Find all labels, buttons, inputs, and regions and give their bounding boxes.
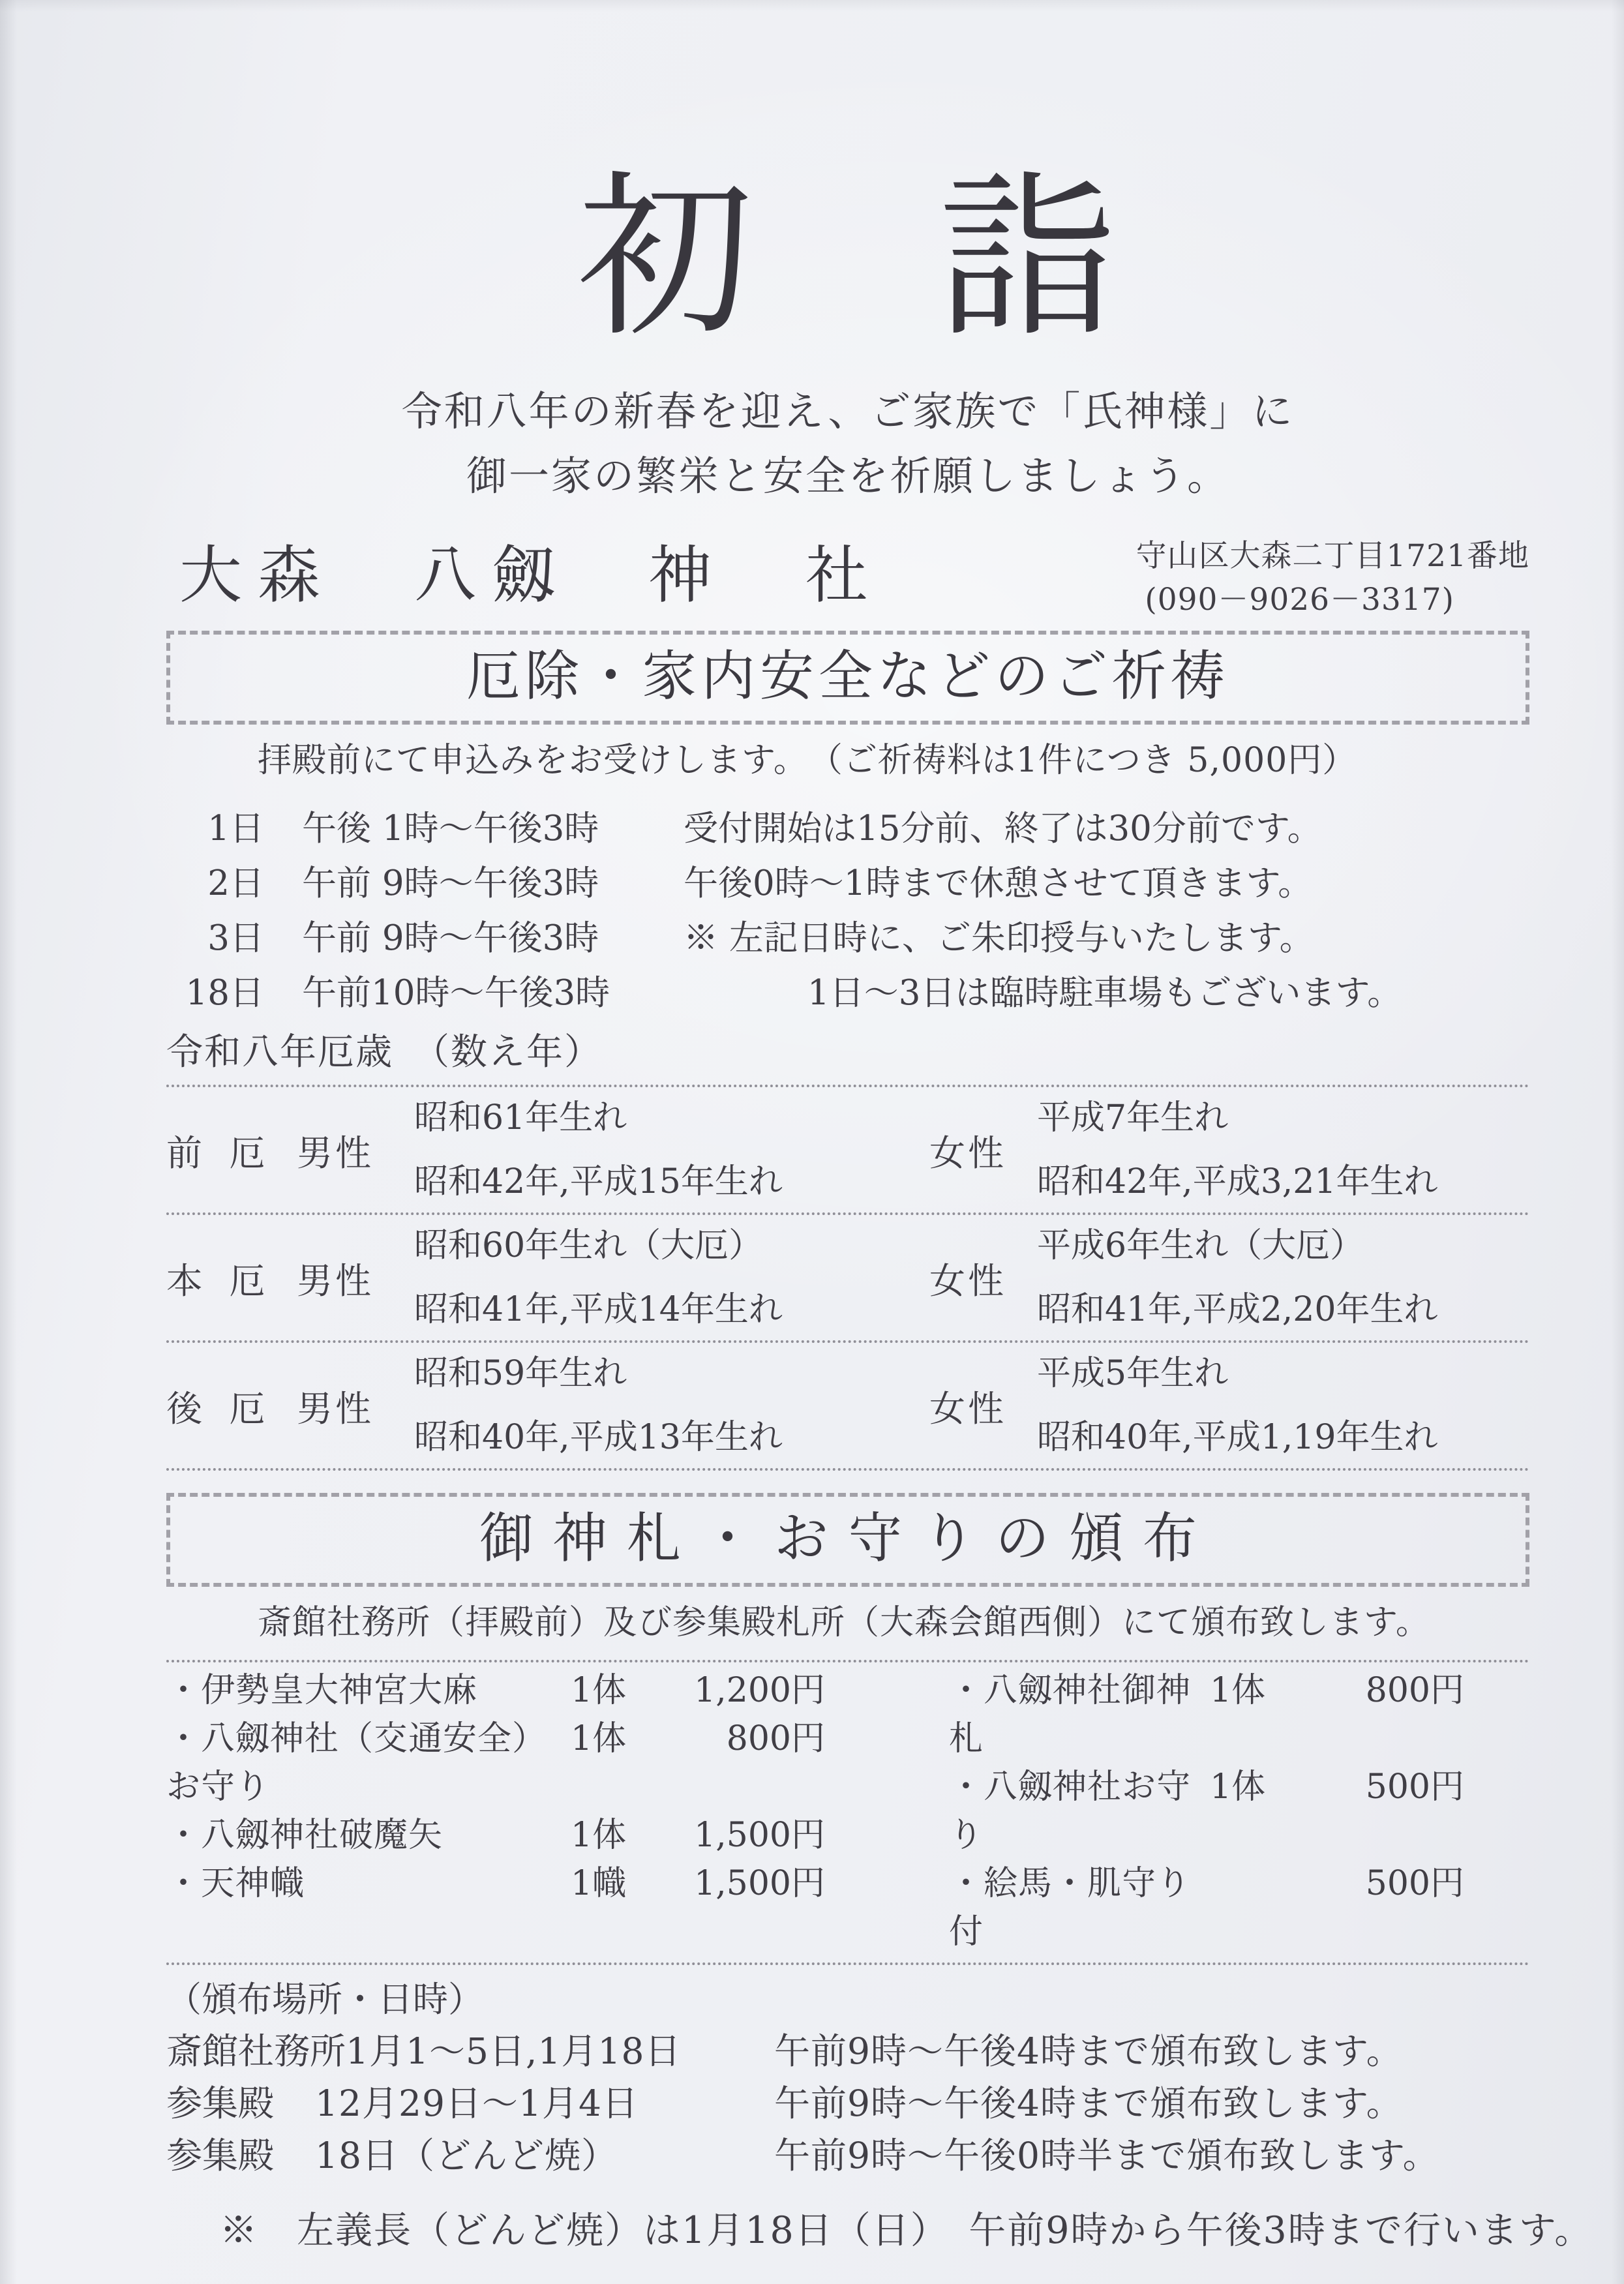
- schedule-note: 1日～3日は臨時駐車場もございます。: [684, 966, 1402, 1021]
- yakudoshi-row-honyaku: 本 厄 男性 昭和60年生れ（大厄） 昭和41年,平成14年生れ 女性 平成6年…: [166, 1212, 1529, 1340]
- price-item: ・八劔神社御神札 1体 800円: [949, 1666, 1464, 1763]
- price-item-price: 1,200円: [669, 1666, 825, 1715]
- price-item-price: 800円: [669, 1715, 825, 1811]
- price-item: ・八劔神社（交通安全）お守り 1体 800円: [166, 1715, 825, 1811]
- dotted-divider: [166, 1962, 1529, 1965]
- place-row-head: 斎館社務所 1月1～5日,1月18日: [166, 2025, 774, 2077]
- prayer-intro: 拝殿前にて申込みをお受けします。 （ご祈祷料は1件につき 5,000円）: [258, 740, 1529, 781]
- price-item-price: 800円: [1308, 1666, 1464, 1763]
- price-item-unit: [1210, 1859, 1308, 1956]
- price-item: ・八劔神社破魔矢 1体 1,500円: [166, 1811, 825, 1859]
- yakudoshi-row-label: 本 厄: [166, 1252, 297, 1304]
- male-label: 男性: [297, 1252, 414, 1304]
- price-list-right: ・八劔神社御神札 1体 800円 ・八劔神社お守り 1体 500円 ・絵馬・肌守…: [949, 1666, 1464, 1956]
- price-item-name: ・天神幟: [166, 1859, 571, 1908]
- price-item-name: ・八劔神社（交通安全）お守り: [166, 1715, 571, 1811]
- male-birth-years: 昭和59年生れ 昭和40年,平成13年生れ: [414, 1354, 929, 1457]
- subtitle: 令和八年の新春を迎え、ご家族で「氏神様」に 御一家の繁栄と安全を祈願しましょう。: [166, 379, 1529, 508]
- flyer-content: 初 詣 令和八年の新春を迎え、ご家族で「氏神様」に 御一家の繁栄と安全を祈願しま…: [0, 0, 1624, 2253]
- schedule-row: 18日 午前10時～午後3時 1日～3日は臨時駐車場もございます。: [166, 966, 1529, 1021]
- yakudoshi-row-maeyaku: 前 厄 男性 昭和61年生れ 昭和42年,平成15年生れ 女性 平成7年生れ 昭…: [166, 1085, 1529, 1212]
- place-days: 18日（どんど焼）: [315, 2129, 618, 2182]
- schedule-row: 1日 午後 1時～午後3時 受付開始は15分前、終了は30分前です。: [166, 802, 1529, 856]
- price-item-unit: 1体: [571, 1666, 669, 1715]
- shrine-name: 大森 八劔 神 社: [179, 533, 884, 618]
- male-birth-years-line2: 昭和42年,平成15年生れ: [414, 1162, 929, 1201]
- place-row: 参集殿 18日（どんど焼） 午前9時～午後0時半まで頒布致します。: [166, 2129, 1529, 2182]
- yakudoshi-row-label: 後 厄: [166, 1380, 297, 1432]
- shrine-header-row: 大森 八劔 神 社 守山区大森二丁目1721番地 (090－9026－3317): [166, 533, 1529, 622]
- place-name: 参集殿: [166, 2077, 315, 2129]
- yakudoshi-row-atoyaku: 後 厄 男性 昭和59年生れ 昭和40年,平成13年生れ 女性 平成5年生れ 昭…: [166, 1340, 1529, 1471]
- male-birth-years: 昭和61年生れ 昭和42年,平成15年生れ: [414, 1098, 929, 1201]
- prayer-schedule: 1日 午後 1時～午後3時 受付開始は15分前、終了は30分前です。 2日 午前…: [166, 802, 1529, 1021]
- distribution-places-title: （頒布場所・日時）: [166, 1977, 1529, 2022]
- price-item-name: ・八劔神社御神札: [949, 1666, 1210, 1763]
- female-birth-years-line1: 平成6年生れ（大厄）: [1037, 1226, 1529, 1265]
- price-item: ・絵馬・肌守り付 500円: [949, 1859, 1464, 1956]
- price-item-name: ・八劔神社破魔矢: [166, 1811, 571, 1859]
- distribution-section-header-box: 御神札・お守りの頒布: [166, 1493, 1529, 1587]
- schedule-day: 1日: [166, 802, 264, 856]
- female-birth-years: 平成7年生れ 昭和42年,平成3,21年生れ: [1037, 1098, 1529, 1201]
- schedule-day: 3日: [166, 911, 264, 966]
- place-row: 参集殿 12月29日～1月4日 午前9時～午後4時まで頒布致します。: [166, 2077, 1529, 2129]
- price-item-unit: 1体: [1210, 1666, 1308, 1763]
- place-name: 参集殿: [166, 2129, 315, 2182]
- female-birth-years-line1: 平成5年生れ: [1037, 1354, 1529, 1393]
- place-days: 1月1～5日,1月18日: [346, 2025, 681, 2077]
- price-item: ・伊勢皇大神宮大麻 1体 1,200円: [166, 1666, 825, 1715]
- price-item-name: ・八劔神社お守り: [949, 1763, 1210, 1859]
- yakudoshi-table: 前 厄 男性 昭和61年生れ 昭和42年,平成15年生れ 女性 平成7年生れ 昭…: [166, 1085, 1529, 1471]
- male-birth-years-line2: 昭和41年,平成14年生れ: [414, 1290, 929, 1329]
- female-birth-years: 平成5年生れ 昭和40年,平成1,19年生れ: [1037, 1354, 1529, 1457]
- shrine-contact: 守山区大森二丁目1721番地 (090－9026－3317): [1135, 533, 1529, 622]
- price-item: ・天神幟 1幟 1,500円: [166, 1859, 825, 1908]
- price-list: ・伊勢皇大神宮大麻 1体 1,200円 ・八劔神社（交通安全）お守り 1体 80…: [166, 1666, 1529, 1956]
- male-birth-years-line1: 昭和60年生れ（大厄）: [414, 1226, 929, 1265]
- schedule-time: 午前 9時～午後3時: [302, 911, 684, 966]
- male-birth-years-line1: 昭和59年生れ: [414, 1354, 929, 1393]
- shrine-phone: (090－9026－3317): [1135, 578, 1529, 622]
- schedule-row: 3日 午前 9時～午後3時 ※ 左記日時に、ご朱印授与いたします。: [166, 911, 1529, 966]
- price-item-unit: 1体: [571, 1715, 669, 1811]
- place-row-head: 参集殿 12月29日～1月4日: [166, 2077, 774, 2129]
- place-time: 午前9時～午後0時半まで頒布致します。: [774, 2129, 1439, 2182]
- distribution-places: 斎館社務所 1月1～5日,1月18日 午前9時～午後4時まで頒布致します。 参集…: [166, 2025, 1529, 2182]
- female-birth-years-line1: 平成7年生れ: [1037, 1098, 1529, 1137]
- schedule-time: 午後 1時～午後3時: [302, 802, 684, 856]
- schedule-day: 18日: [166, 966, 264, 1021]
- prayer-section-header: 厄除・家内安全などのご祈祷: [170, 642, 1526, 710]
- male-birth-years-line2: 昭和40年,平成13年生れ: [414, 1418, 929, 1457]
- price-item-unit: 1幟: [571, 1859, 669, 1908]
- female-label: 女性: [929, 1380, 1037, 1432]
- schedule-note: ※ 左記日時に、ご朱印授与いたします。: [684, 911, 1314, 966]
- schedule-time: 午前 9時～午後3時: [302, 856, 684, 911]
- price-item-price: 1,500円: [669, 1811, 825, 1859]
- price-item-price: 1,500円: [669, 1859, 825, 1908]
- male-birth-years: 昭和60年生れ（大厄） 昭和41年,平成14年生れ: [414, 1226, 929, 1329]
- schedule-row: 2日 午前 9時～午後3時 午後0時～1時まで休憩させて頂きます。: [166, 856, 1529, 911]
- place-name: 斎館社務所: [166, 2025, 346, 2077]
- subtitle-line-1: 令和八年の新春を迎え、ご家族で「氏神様」に: [166, 379, 1529, 443]
- male-label: 男性: [297, 1124, 414, 1176]
- male-birth-years-line1: 昭和61年生れ: [414, 1098, 929, 1137]
- dotted-divider: [166, 1660, 1529, 1662]
- schedule-note: 受付開始は15分前、終了は30分前です。: [684, 802, 1322, 856]
- female-label: 女性: [929, 1124, 1037, 1176]
- female-birth-years: 平成6年生れ（大厄） 昭和41年,平成2,20年生れ: [1037, 1226, 1529, 1329]
- yakudoshi-row-label: 前 厄: [166, 1124, 297, 1176]
- price-item-name: ・絵馬・肌守り付: [949, 1859, 1210, 1956]
- place-row: 斎館社務所 1月1～5日,1月18日 午前9時～午後4時まで頒布致します。: [166, 2025, 1529, 2077]
- price-list-left: ・伊勢皇大神宮大麻 1体 1,200円 ・八劔神社（交通安全）お守り 1体 80…: [166, 1666, 825, 1956]
- male-label: 男性: [297, 1380, 414, 1432]
- price-item-unit: 1体: [571, 1811, 669, 1859]
- distribution-intro: 斎館社務所（拝殿前）及び参集殿札所（大森会館西側）にて頒布致します。: [258, 1602, 1529, 1643]
- place-time: 午前9時～午後4時まで頒布致します。: [774, 2025, 1403, 2077]
- schedule-time: 午前10時～午後3時: [302, 966, 684, 1021]
- price-item-price: 500円: [1308, 1763, 1464, 1859]
- price-item: ・八劔神社お守り 1体 500円: [949, 1763, 1464, 1859]
- distribution-section-header: 御神札・お守りの頒布: [170, 1505, 1526, 1572]
- female-label: 女性: [929, 1252, 1037, 1304]
- price-item-price: 500円: [1308, 1859, 1464, 1956]
- dondoyaki-footnote: ※ 左義長（どんど焼）は1月18日（日） 午前9時から午後3時まで行います。: [220, 2208, 1529, 2253]
- place-days: 12月29日～1月4日: [315, 2077, 639, 2129]
- page-title: 初 詣: [166, 168, 1529, 349]
- female-birth-years-line2: 昭和41年,平成2,20年生れ: [1037, 1290, 1529, 1329]
- schedule-day: 2日: [166, 856, 264, 911]
- schedule-note: 午後0時～1時まで休憩させて頂きます。: [684, 856, 1312, 911]
- yakudoshi-title: 令和八年厄歳 （数え年）: [166, 1031, 1529, 1074]
- place-time: 午前9時～午後4時まで頒布致します。: [774, 2077, 1403, 2129]
- place-row-head: 参集殿 18日（どんど焼）: [166, 2129, 774, 2182]
- shrine-address: 守山区大森二丁目1721番地: [1135, 534, 1529, 578]
- price-item-unit: 1体: [1210, 1763, 1308, 1859]
- flyer-page: 初 詣 令和八年の新春を迎え、ご家族で「氏神様」に 御一家の繁栄と安全を祈願しま…: [0, 0, 1624, 2284]
- prayer-section-header-box: 厄除・家内安全などのご祈祷: [166, 631, 1529, 725]
- female-birth-years-line2: 昭和42年,平成3,21年生れ: [1037, 1162, 1529, 1201]
- female-birth-years-line2: 昭和40年,平成1,19年生れ: [1037, 1418, 1529, 1457]
- subtitle-line-2: 御一家の繁栄と安全を祈願しましょう。: [166, 443, 1529, 508]
- price-item-name: ・伊勢皇大神宮大麻: [166, 1666, 571, 1715]
